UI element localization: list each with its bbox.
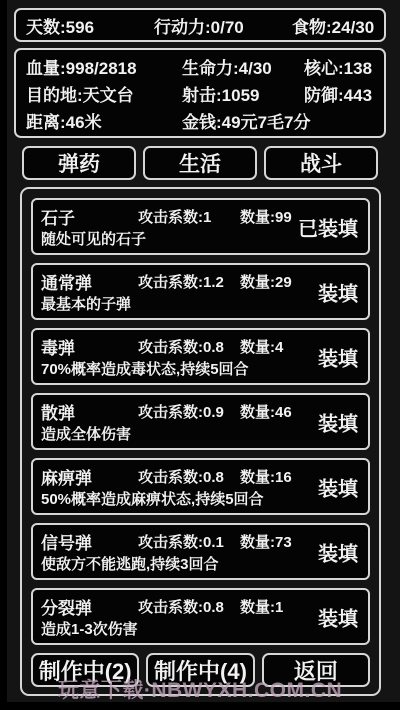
stats-panel: 血量:998/2818 生命力:4/30 核心:138 目的地:天文台 射击:1… (14, 48, 386, 138)
ammo-item-header: 信号弹 攻击系数:0.1 数量:73 (41, 529, 360, 554)
money-stat: 金钱:49元7毛7分 (182, 109, 304, 136)
ammo-list-panel: 石子 攻击系数:1 数量:99 随处可见的石子 已装填 通常弹 攻击系数:1.2… (20, 187, 381, 696)
destination-stat: 目的地:天文台 (26, 82, 182, 109)
ammo-attack-coefficient: 攻击系数:0.8 (138, 336, 240, 357)
ammo-item: 散弹 攻击系数:0.9 数量:46 造成全体伤害 装填 (31, 393, 370, 450)
load-button[interactable]: 装填 (318, 602, 358, 631)
stats-row-1: 血量:998/2818 生命力:4/30 核心:138 (26, 55, 384, 82)
ammo-description: 最基本的子弹 (41, 294, 360, 316)
ammo-item-header: 分裂弹 攻击系数:0.8 数量:1 (41, 594, 360, 619)
core-stat: 核心:138 (304, 55, 384, 82)
food-counter: 食物:24/30 (292, 13, 384, 38)
days-counter: 天数:596 (26, 13, 154, 38)
ammo-attack-coefficient: 攻击系数:0.1 (138, 531, 240, 552)
hp-stat: 血量:998/2818 (26, 55, 182, 82)
ammo-item-header: 毒弹 攻击系数:0.8 数量:4 (41, 334, 360, 359)
ammo-item: 分裂弹 攻击系数:0.8 数量:1 造成1-3次伤害 装填 (31, 588, 370, 645)
ammo-attack-coefficient: 攻击系数:1 (138, 206, 240, 227)
tab-life[interactable]: 生活 (143, 146, 257, 180)
ammo-attack-coefficient: 攻击系数:1.2 (138, 271, 240, 292)
ammo-name: 石子 (41, 204, 138, 229)
stats-row-3: 距离:46米 金钱:49元7毛7分 (26, 109, 384, 136)
ammo-description: 造成全体伤害 (41, 424, 360, 446)
ammo-attack-coefficient: 攻击系数:0.9 (138, 401, 240, 422)
load-button[interactable]: 装填 (318, 407, 358, 436)
shooting-stat: 射击:1059 (182, 82, 304, 109)
stats-row-2: 目的地:天文台 射击:1059 防御:443 (26, 82, 384, 109)
ammo-description: 使敌方不能逃跑,持续3回合 (41, 554, 360, 576)
back-button[interactable]: 返回 (262, 653, 370, 687)
ammo-item-header: 麻痹弹 攻击系数:0.8 数量:16 (41, 464, 360, 489)
ammo-description: 50%概率造成麻痹状态,持续5回合 (41, 489, 360, 511)
letterbox-left (0, 0, 7, 710)
letterbox-bottom (0, 702, 400, 710)
defense-stat: 防御:443 (304, 82, 384, 109)
load-button[interactable]: 装填 (318, 342, 358, 371)
vitality-stat: 生命力:4/30 (182, 55, 304, 82)
ammo-item: 通常弹 攻击系数:1.2 数量:29 最基本的子弹 装填 (31, 263, 370, 320)
distance-stat: 距离:46米 (26, 109, 182, 136)
ammo-attack-coefficient: 攻击系数:0.8 (138, 596, 240, 617)
load-button[interactable]: 装填 (318, 537, 358, 566)
ammo-description: 造成1-3次伤害 (41, 619, 360, 641)
crafting-button-1[interactable]: 制作中(2) (31, 653, 139, 687)
ammo-item: 毒弹 攻击系数:0.8 数量:4 70%概率造成毒状态,持续5回合 装填 (31, 328, 370, 385)
load-button[interactable]: 装填 (318, 472, 358, 501)
ammo-item: 信号弹 攻击系数:0.1 数量:73 使敌方不能逃跑,持续3回合 装填 (31, 523, 370, 580)
ammo-name: 麻痹弹 (41, 464, 138, 489)
ammo-item: 麻痹弹 攻击系数:0.8 数量:16 50%概率造成麻痹状态,持续5回合 装填 (31, 458, 370, 515)
crafting-button-2[interactable]: 制作中(4) (146, 653, 254, 687)
ammo-name: 信号弹 (41, 529, 138, 554)
ammo-item-header: 散弹 攻击系数:0.9 数量:46 (41, 399, 360, 424)
tab-battle[interactable]: 战斗 (264, 146, 378, 180)
ammo-item: 石子 攻击系数:1 数量:99 随处可见的石子 已装填 (31, 198, 370, 255)
ammo-name: 分裂弹 (41, 594, 138, 619)
ammo-description: 70%概率造成毒状态,持续5回合 (41, 359, 360, 381)
load-button[interactable]: 已装填 (298, 212, 358, 241)
ammo-name: 散弹 (41, 399, 138, 424)
ammo-name: 通常弹 (41, 269, 138, 294)
load-button[interactable]: 装填 (318, 277, 358, 306)
ammo-name: 毒弹 (41, 334, 138, 359)
footer-buttons: 制作中(2) 制作中(4) 返回 (31, 653, 370, 687)
tab-ammo[interactable]: 弹药 (22, 146, 136, 180)
top-status-bar: 天数:596 行动力:0/70 食物:24/30 (14, 8, 386, 42)
action-points-counter: 行动力:0/70 (154, 13, 292, 38)
category-tabs: 弹药 生活 战斗 (22, 146, 378, 180)
ammo-item-header: 通常弹 攻击系数:1.2 数量:29 (41, 269, 360, 294)
ammo-list: 石子 攻击系数:1 数量:99 随处可见的石子 已装填 通常弹 攻击系数:1.2… (31, 198, 370, 645)
ammo-attack-coefficient: 攻击系数:0.8 (138, 466, 240, 487)
